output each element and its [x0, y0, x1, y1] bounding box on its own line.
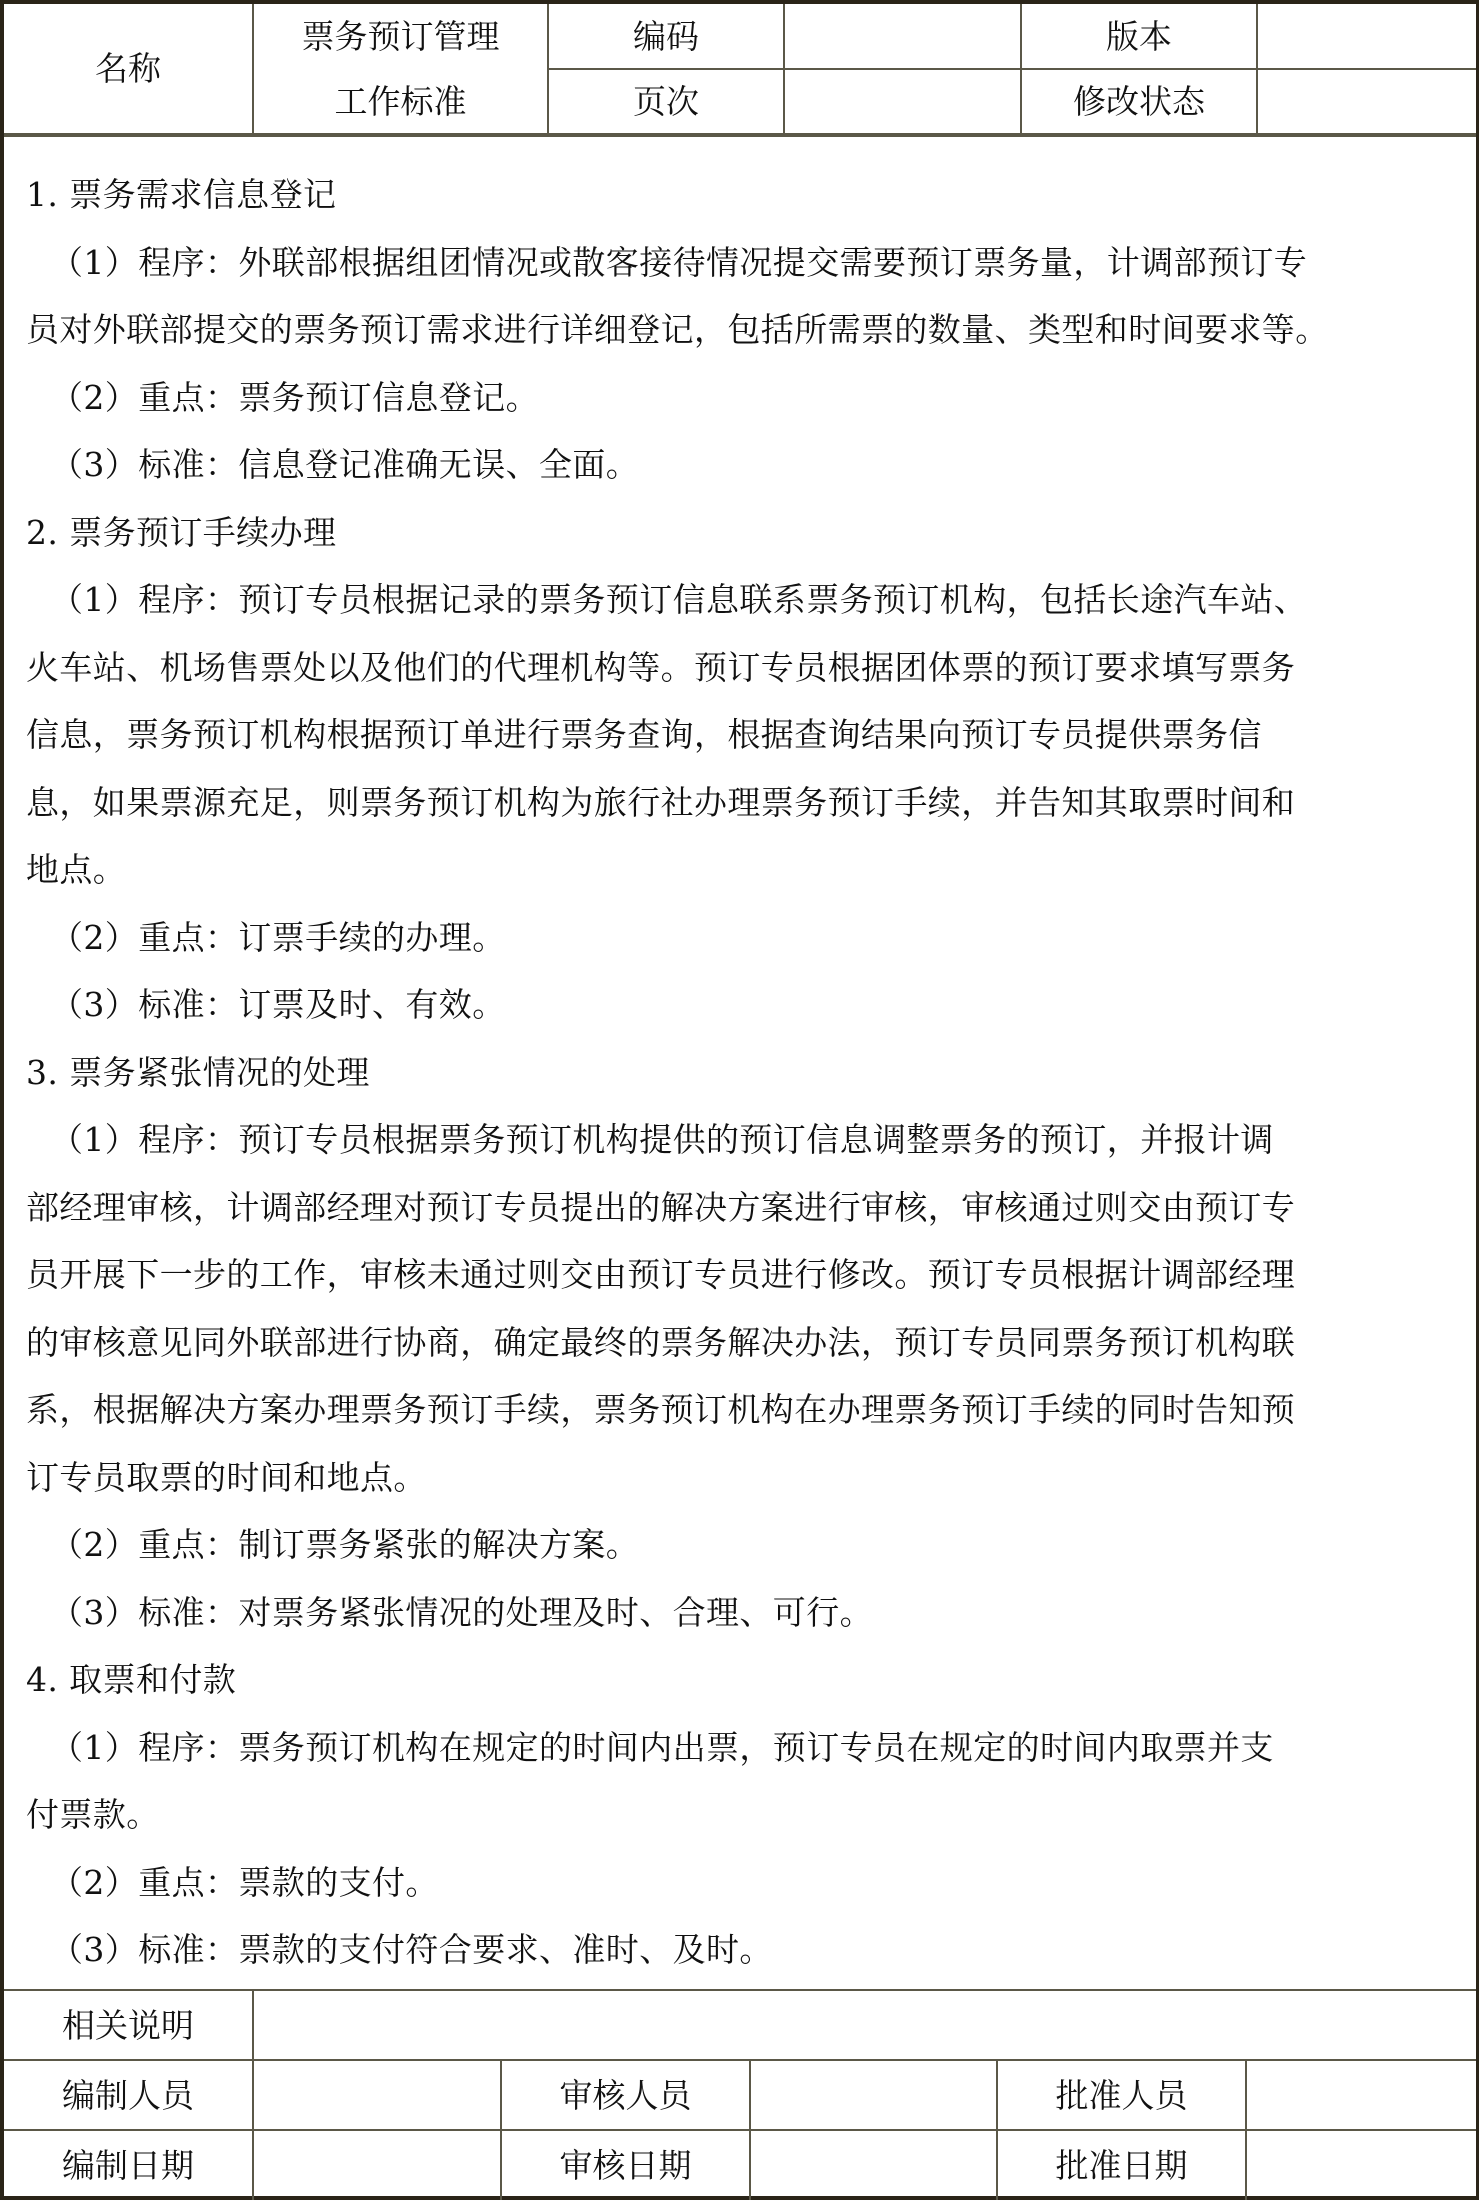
section-heading: 3. 票务紧张情况的处理	[26, 1039, 1456, 1107]
document-page: 名称 票务预订管理 编码 版本 工作标准 页次 修改状态 1. 票务需求信息登记…	[0, 0, 1479, 2200]
section-line: 员开展下一步的工作，审核未通过则交由预订专员进行修改。预订专员根据计调部经理	[26, 1241, 1456, 1309]
section-line: 员对外联部提交的票务预订需求进行详细登记，包括所需票的数量、类型和时间要求等。	[26, 296, 1456, 364]
section-line: 火车站、机场售票处以及他们的代理机构等。预订专员根据团体票的预订要求填写票务	[26, 634, 1456, 702]
prepared-date-value[interactable]	[253, 2130, 501, 2200]
prepared-by-label: 编制人员	[4, 2060, 253, 2130]
reviewed-date-value[interactable]	[750, 2130, 997, 2200]
section-line: （1）程序：预订专员根据票务预订机构提供的预订信息调整票务的预订，并报计调	[26, 1106, 1456, 1174]
notes-value[interactable]	[253, 1990, 1476, 2060]
prepared-by-value[interactable]	[253, 2060, 501, 2130]
section-heading: 4. 取票和付款	[26, 1646, 1456, 1714]
revision-status-value[interactable]	[1257, 69, 1476, 134]
version-value[interactable]	[1257, 4, 1476, 69]
header-table: 名称 票务预订管理 编码 版本 工作标准 页次 修改状态	[4, 4, 1476, 135]
name-label: 名称	[4, 4, 253, 134]
reviewed-by-label: 审核人员	[501, 2060, 750, 2130]
section-line: 地点。	[26, 836, 1456, 904]
page-label: 页次	[548, 69, 784, 134]
section-line: 部经理审核，计调部经理对预订专员提出的解决方案进行审核，审核通过则交由预订专	[26, 1174, 1456, 1242]
version-label: 版本	[1021, 4, 1257, 69]
section-line: （3）标准：订票及时、有效。	[26, 971, 1456, 1039]
section-line: （2）重点：票款的支付。	[26, 1849, 1456, 1917]
code-label: 编码	[548, 4, 784, 69]
section-line: 系，根据解决方案办理票务预订手续，票务预订机构在办理票务预订手续的同时告知预	[26, 1376, 1456, 1444]
section-line: 的审核意见同外联部进行协商，确定最终的票务解决办法，预订专员同票务预订机构联	[26, 1309, 1456, 1377]
approved-date-value[interactable]	[1246, 2130, 1476, 2200]
section-line: （3）标准：对票务紧张情况的处理及时、合理、可行。	[26, 1579, 1456, 1647]
title-line-1: 票务预订管理	[253, 4, 548, 69]
title-line-2: 工作标准	[253, 69, 548, 134]
section-line: 息，如果票源充足，则票务预订机构为旅行社办理票务预订手续，并告知其取票时间和	[26, 769, 1456, 837]
section-heading: 1. 票务需求信息登记	[26, 161, 1456, 229]
reviewed-date-label: 审核日期	[501, 2130, 750, 2200]
section-line: （2）重点：票务预订信息登记。	[26, 364, 1456, 432]
signoff-table: 相关说明 编制人员 审核人员 批准人员 编制日期 审核日期 批准日期	[4, 1989, 1476, 2200]
standard-body: 1. 票务需求信息登记 （1）程序：外联部根据组团情况或散客接待情况提交需要预订…	[4, 137, 1476, 1989]
section-line: （1）程序：票务预订机构在规定的时间内出票，预订专员在规定的时间内取票并支	[26, 1714, 1456, 1782]
section-line: 付票款。	[26, 1781, 1456, 1849]
revision-status-label: 修改状态	[1021, 69, 1257, 134]
section-line: 订专员取票的时间和地点。	[26, 1444, 1456, 1512]
section-line: 信息，票务预订机构根据预订单进行票务查询，根据查询结果向预订专员提供票务信	[26, 701, 1456, 769]
section-line: （1）程序：外联部根据组团情况或散客接待情况提交需要预订票务量，计调部预订专	[26, 229, 1456, 297]
approved-by-value[interactable]	[1246, 2060, 1476, 2130]
reviewed-by-value[interactable]	[750, 2060, 997, 2130]
approved-date-label: 批准日期	[997, 2130, 1246, 2200]
section-line: （3）标准：信息登记准确无误、全面。	[26, 431, 1456, 499]
approved-by-label: 批准人员	[997, 2060, 1246, 2130]
code-value[interactable]	[784, 4, 1021, 69]
prepared-date-label: 编制日期	[4, 2130, 253, 2200]
section-heading: 2. 票务预订手续办理	[26, 499, 1456, 567]
notes-label: 相关说明	[4, 1990, 253, 2060]
page-value[interactable]	[784, 69, 1021, 134]
section-line: （1）程序：预订专员根据记录的票务预订信息联系票务预订机构，包括长途汽车站、	[26, 566, 1456, 634]
section-line: （3）标准：票款的支付符合要求、准时、及时。	[26, 1916, 1456, 1984]
section-line: （2）重点：订票手续的办理。	[26, 904, 1456, 972]
section-line: （2）重点：制订票务紧张的解决方案。	[26, 1511, 1456, 1579]
